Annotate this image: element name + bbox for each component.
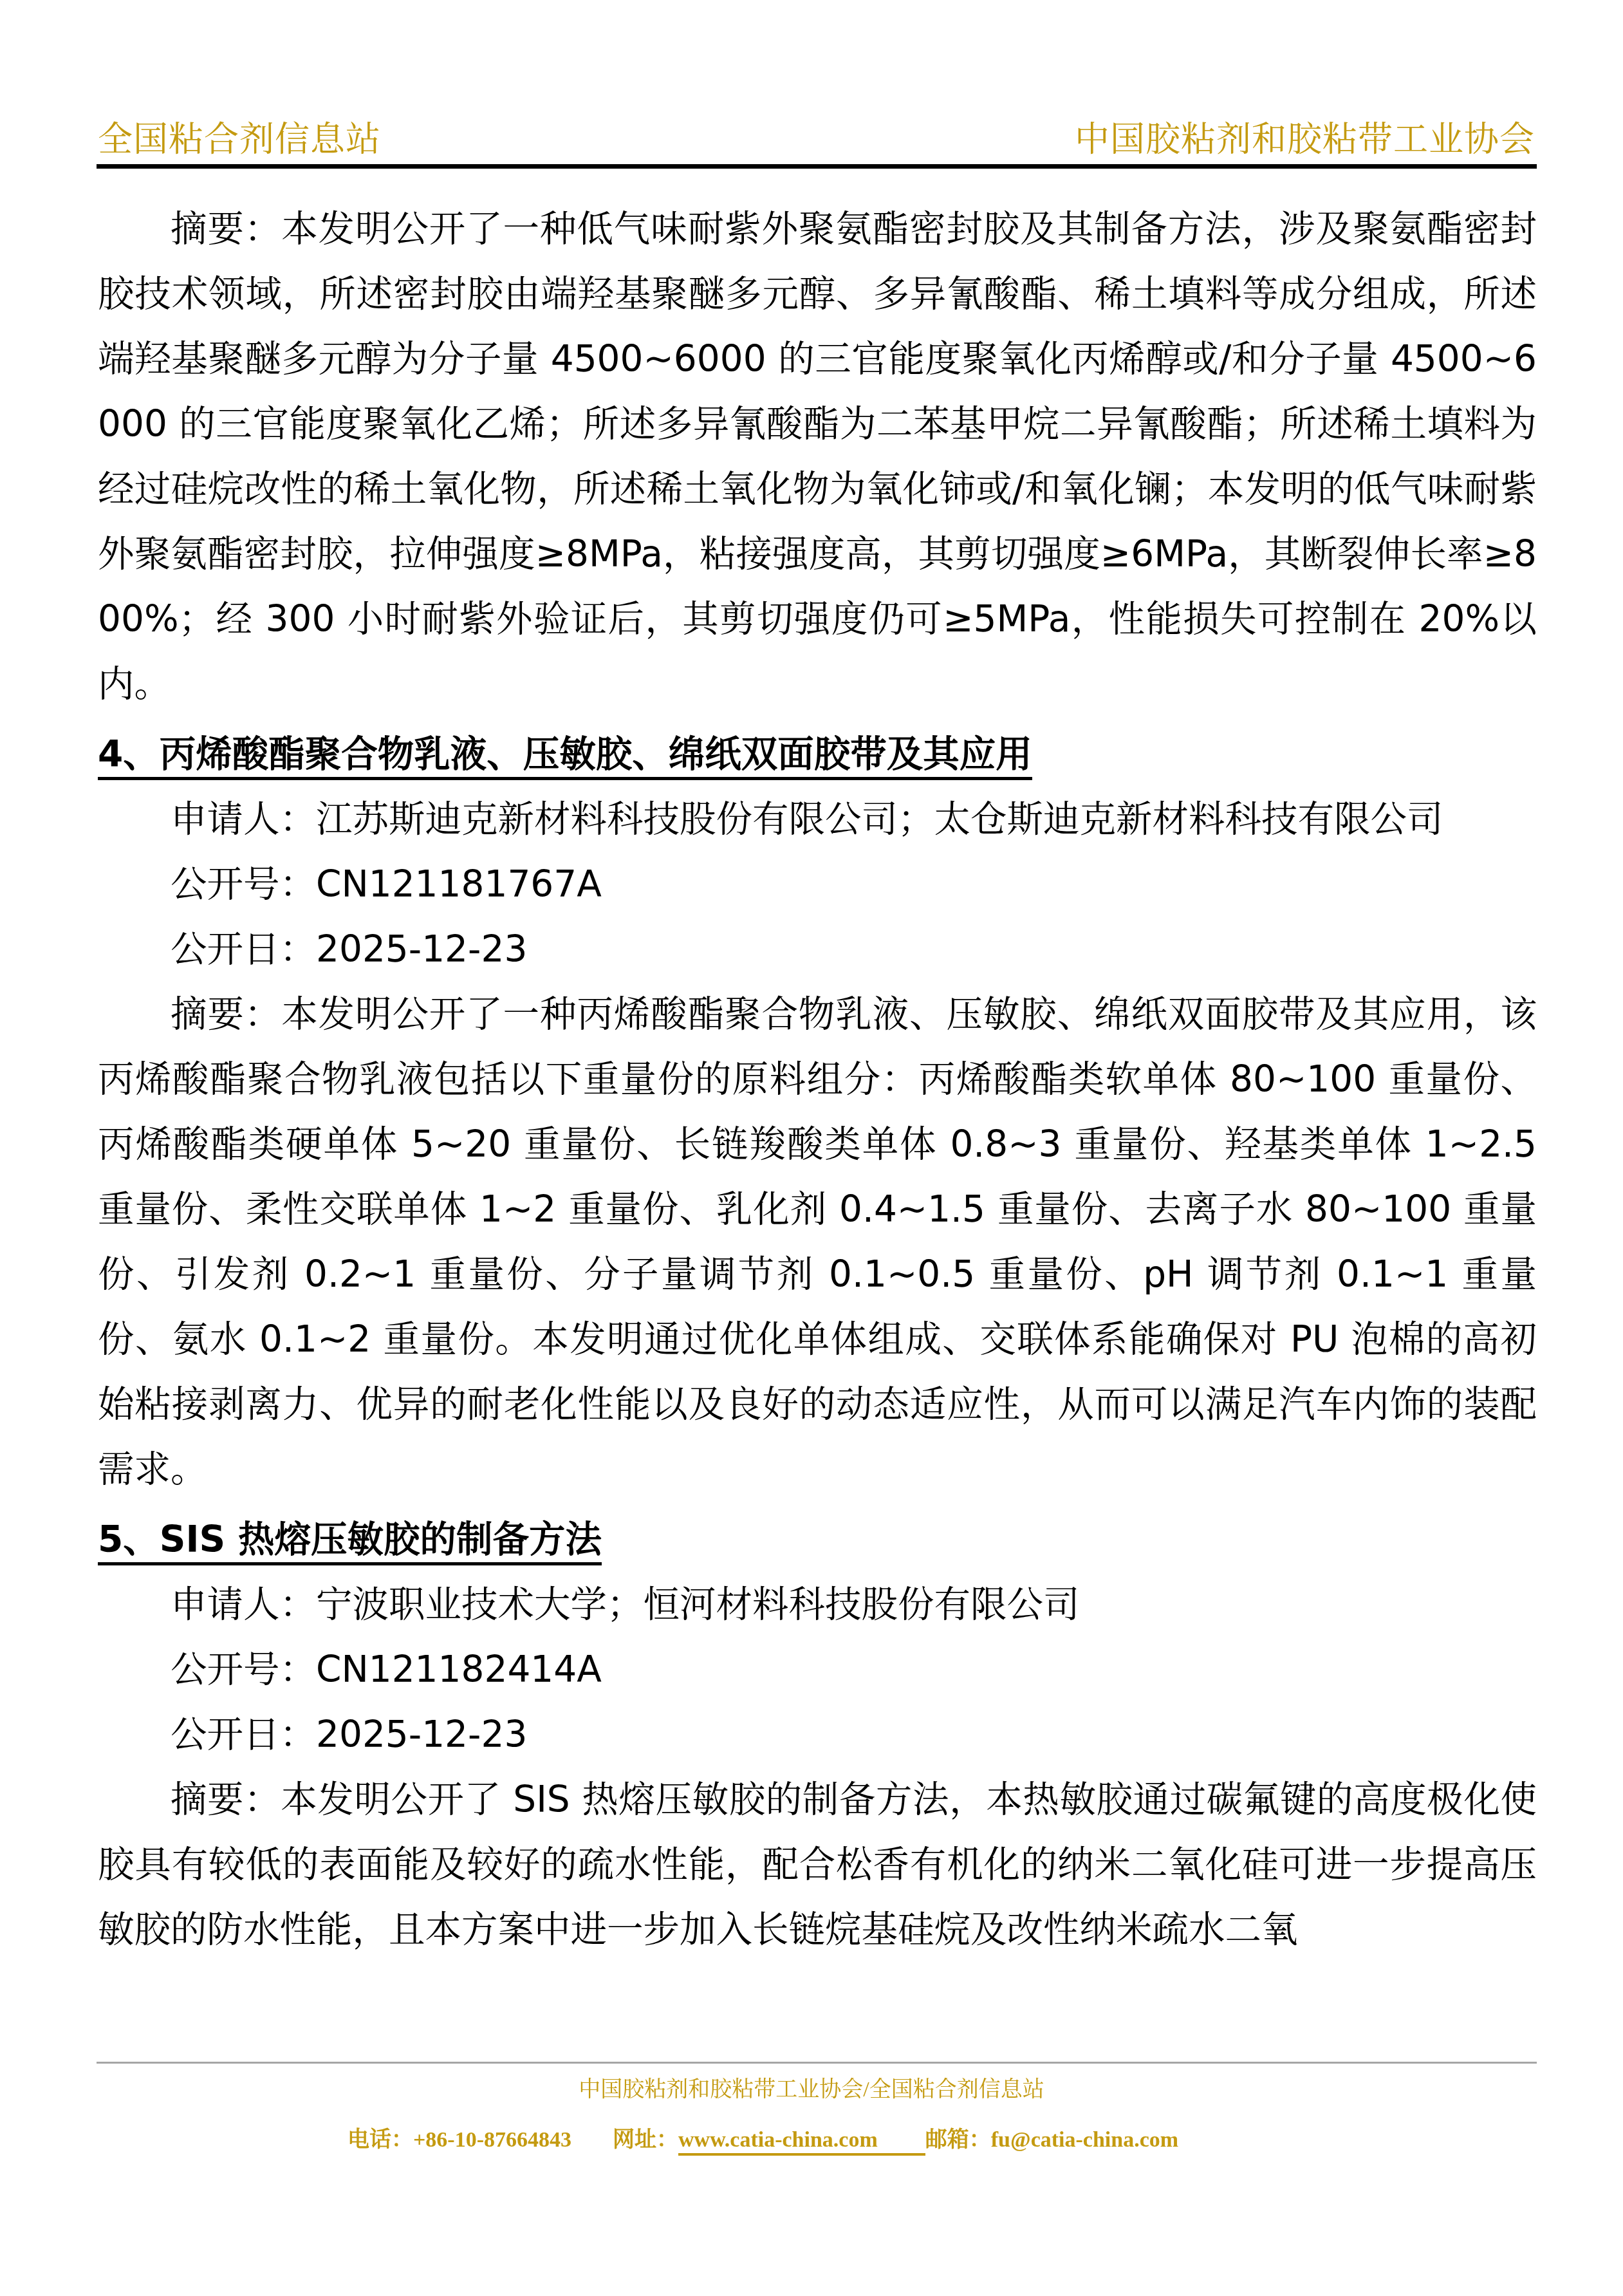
patent-4-publication-date: 公开日：2025-12-23 [98,917,1537,982]
phone-number: +86-10-87664843 [413,2128,571,2152]
patent-4: 4、丙烯酸酯聚合物乳液、压敏胶、绵纸双面胶带及其应用 申请人：江苏斯迪克新材料科… [98,722,1537,1502]
email-label: 邮箱： [925,2128,991,2152]
document-body: 摘要：本发明公开了一种低气味耐紫外聚氨酯密封胶及其制备方法，涉及聚氨酯密封胶技术… [98,197,1537,1963]
patent-4-applicant: 申请人：江苏斯迪克新材料科技股份有限公司；太仓斯迪克新材料科技有限公司 [98,787,1537,852]
patent-5: 5、SIS 热熔压敏胶的制备方法 申请人：宁波职业技术大学；恒河材料科技股份有限… [98,1507,1537,1963]
patent-5-publication-number: 公开号：CN121182414A [98,1638,1537,1703]
header-association-name: 中国胶粘剂和胶粘带工业协会 [1075,115,1535,165]
header-divider [97,164,1537,169]
patent-5-abstract: 摘要：本发明公开了 SIS 热熔压敏胶的制备方法，本热敏胶通过碳氟键的高度极化使… [98,1768,1537,1963]
header-site-name: 全国粘合剂信息站 [98,115,381,165]
footer-contact: 电话：+86-10-87664843网址：www.catia-china.com… [348,2124,1178,2156]
patent-4-title: 4、丙烯酸酯聚合物乳液、压敏胶、绵纸双面胶带及其应用 [98,722,1537,787]
patent-5-applicant: 申请人：宁波职业技术大学；恒河材料科技股份有限公司 [98,1573,1537,1638]
document-page: 全国粘合剂信息站 中国胶粘剂和胶粘带工业协会 摘要：本发明公开了一种低气味耐紫外… [0,0,1623,2296]
footer-organization: 中国胶粘剂和胶粘带工业协会/全国粘合剂信息站 [0,2074,1623,2106]
website-link[interactable]: www.catia-china.com [678,2127,925,2156]
patent-4-publication-number: 公开号：CN121181767A [98,852,1537,917]
email-address[interactable]: fu@catia-china.com [991,2128,1178,2152]
website-label: 网址： [613,2128,678,2152]
patent-4-abstract: 摘要：本发明公开了一种丙烯酸酯聚合物乳液、压敏胶、绵纸双面胶带及其应用，该丙烯酸… [98,982,1537,1502]
footer-divider [97,2062,1537,2064]
patent-5-title: 5、SIS 热熔压敏胶的制备方法 [98,1507,1537,1573]
phone-label: 电话： [348,2128,413,2152]
patent-5-publication-date: 公开日：2025-12-23 [98,1703,1537,1768]
page-header: 全国粘合剂信息站 中国胶粘剂和胶粘带工业协会 [98,115,1535,165]
patent-3-abstract: 摘要：本发明公开了一种低气味耐紫外聚氨酯密封胶及其制备方法，涉及聚氨酯密封胶技术… [98,197,1537,717]
